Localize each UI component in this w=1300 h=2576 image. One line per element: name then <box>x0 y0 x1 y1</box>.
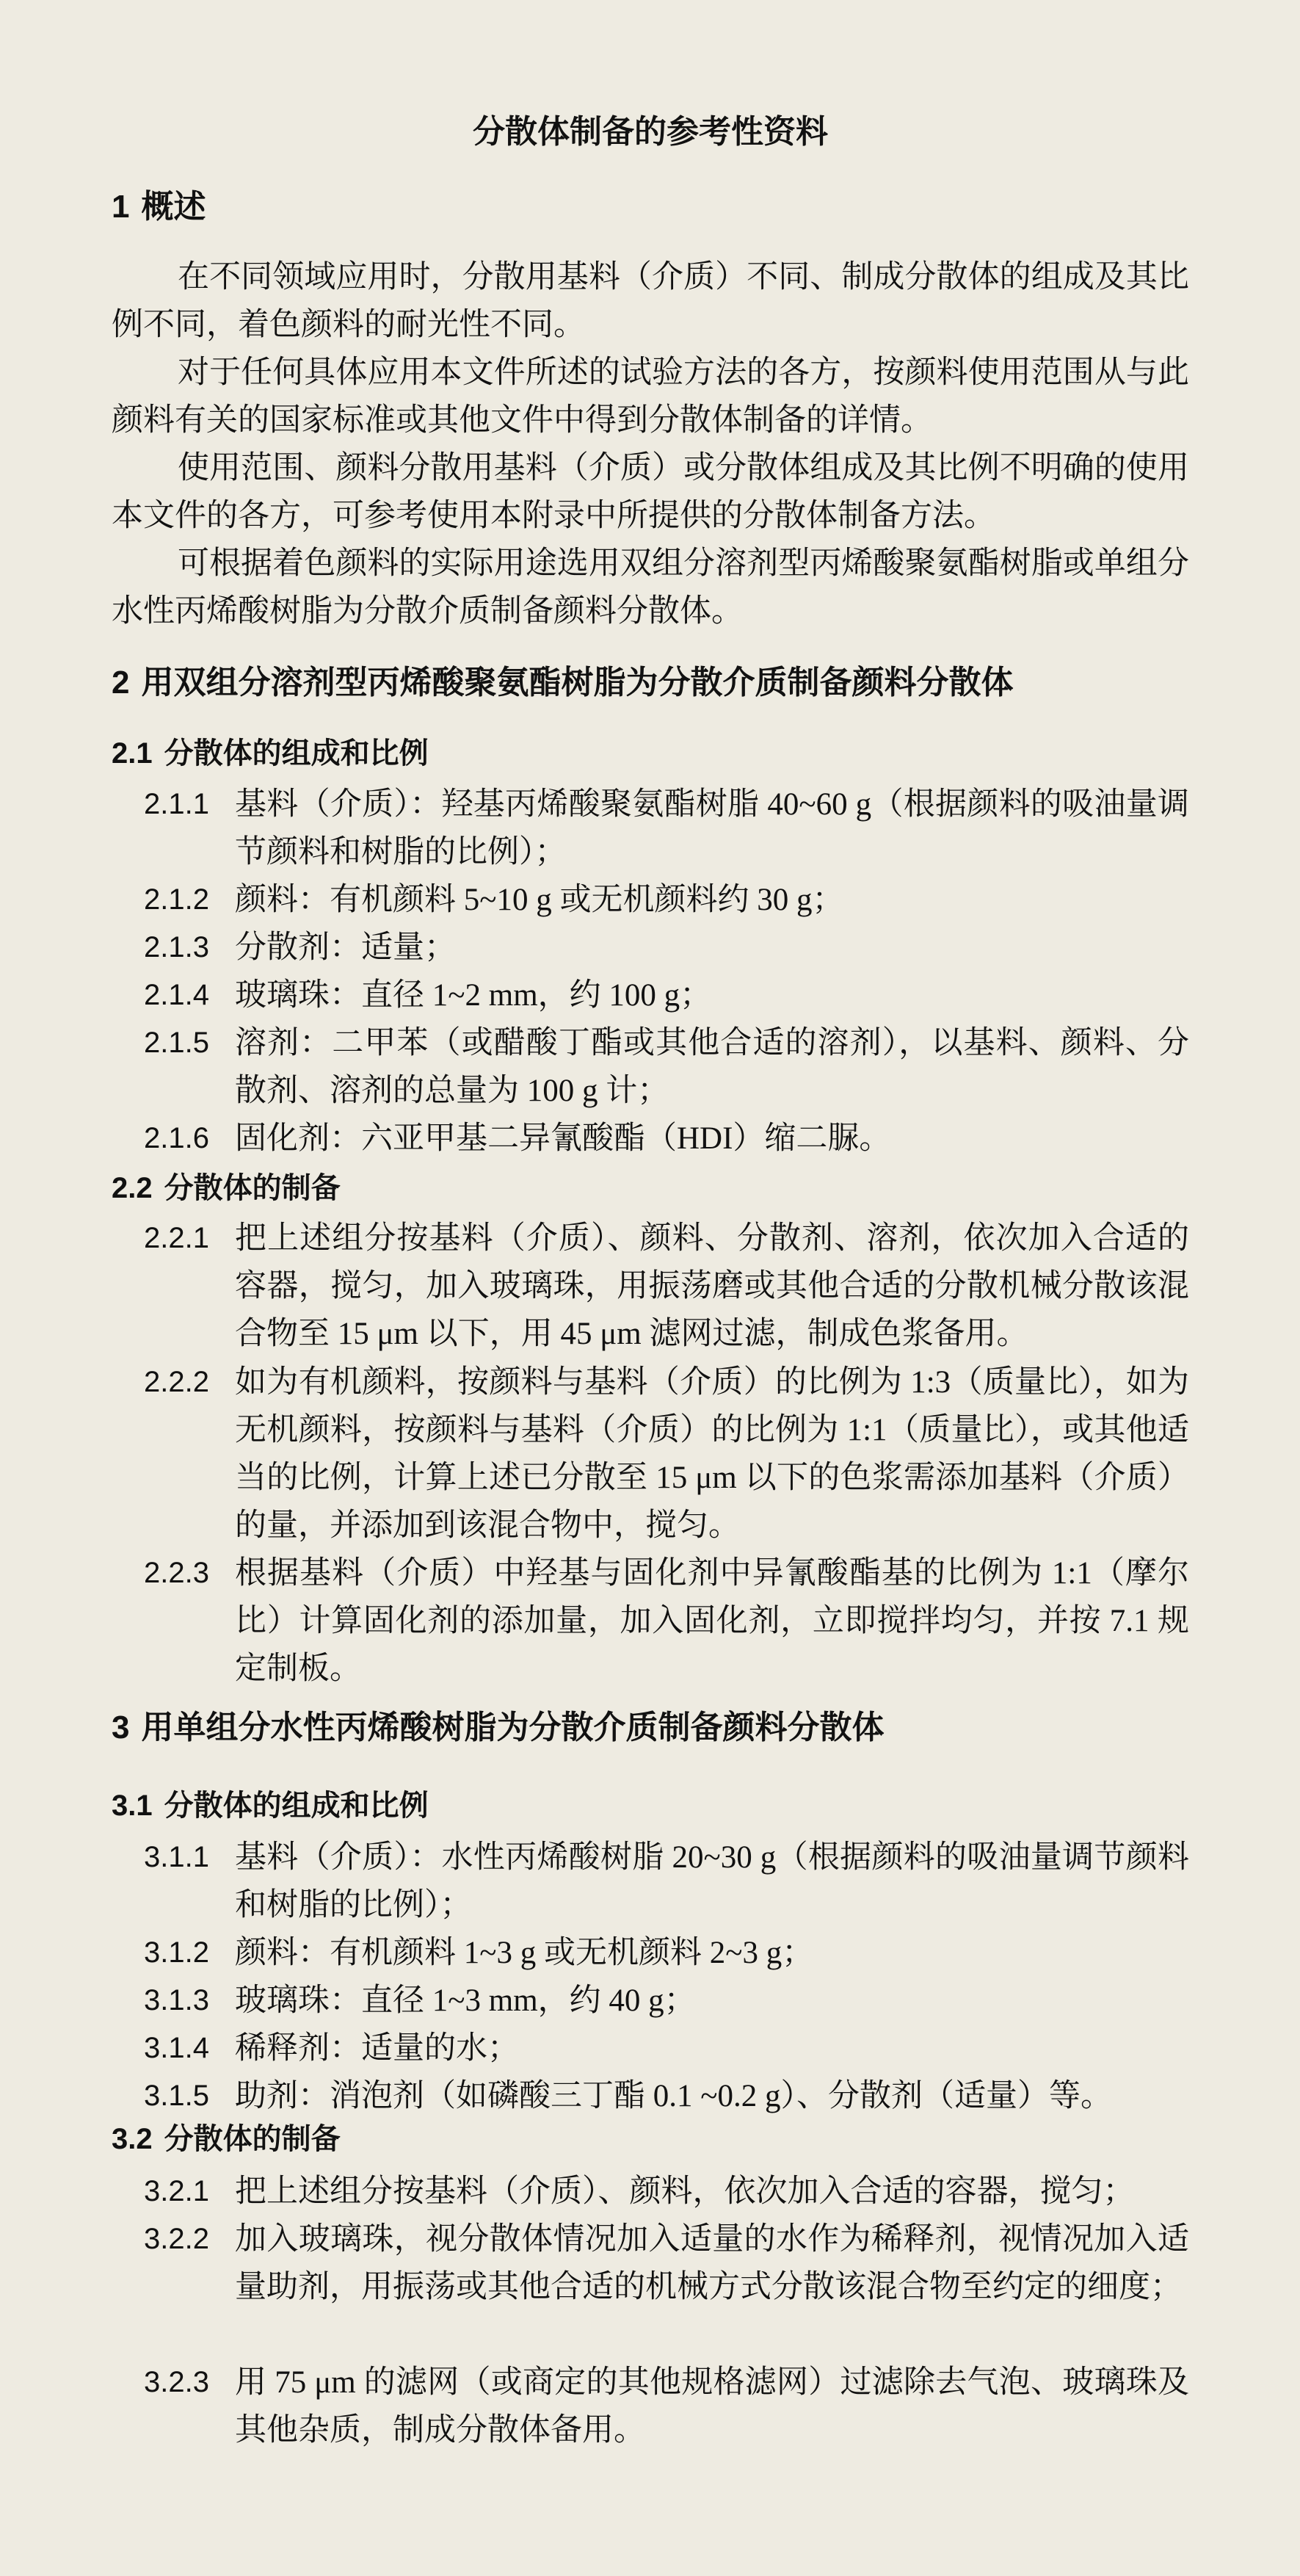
item-text: 分散剂：适量； <box>235 924 1189 972</box>
paragraph: 对于任何具体应用本文件所述的试验方法的各方，按颜料使用范围从与此颜料有关的国家标… <box>112 349 1189 444</box>
list-item: 2.1.5 溶剂：二甲苯（或醋酸丁酯或其他合适的溶剂），以基料、颜料、分散剂、溶… <box>144 1019 1189 1115</box>
subsection-number: 2.2 <box>112 1172 153 1204</box>
list-item: 3.2.2 加入玻璃珠，视分散体情况加入适量的水作为稀释剂，视情况加入适量助剂，… <box>144 2215 1189 2311</box>
subsection-title: 分散体的组成和比例 <box>164 737 429 770</box>
list-item: 2.1.3 分散剂：适量； <box>144 924 1189 972</box>
document-title: 分散体制备的参考性资料 <box>112 110 1189 154</box>
section-number: 1 <box>112 189 129 225</box>
item-number: 2.1.1 <box>144 781 209 828</box>
item-number: 3.2.1 <box>144 2168 209 2215</box>
item-text: 溶剂：二甲苯（或醋酸丁酯或其他合适的溶剂），以基料、颜料、分散剂、溶剂的总量为 … <box>235 1019 1189 1115</box>
section-title: 用单组分水性丙烯酸树脂为分散介质制备颜料分散体 <box>141 1710 884 1745</box>
item-number: 3.1.5 <box>144 2072 209 2120</box>
list-item: 3.1.3 玻璃珠：直径 1~3 mm，约 40 g； <box>144 1977 1189 2025</box>
item-text: 加入玻璃珠，视分散体情况加入适量的水作为稀释剂，视情况加入适量助剂，用振荡或其他… <box>235 2215 1189 2311</box>
item-number: 2.2.1 <box>144 1215 209 1262</box>
subsection-2-1-heading: 2.1分散体的组成和比例 <box>112 733 429 774</box>
section-2-heading: 2用双组分溶剂型丙烯酸聚氨酯树脂为分散介质制备颜料分散体 <box>112 661 1013 705</box>
item-number: 3.2.3 <box>144 2359 209 2406</box>
item-number: 3.1.1 <box>144 1834 209 1881</box>
section-3-heading: 3用单组分水性丙烯酸树脂为分散介质制备颜料分散体 <box>112 1706 884 1750</box>
subsection-title: 分散体的制备 <box>164 2123 341 2155</box>
item-text: 稀释剂：适量的水； <box>235 2025 1189 2072</box>
subsection-title: 分散体的组成和比例 <box>164 1790 429 1822</box>
item-number: 3.2.2 <box>144 2215 209 2263</box>
subsection-number: 3.2 <box>112 2123 153 2155</box>
item-text: 玻璃珠：直径 1~3 mm，约 40 g； <box>235 1977 1189 2025</box>
list-item: 2.1.2 颜料：有机颜料 5~10 g 或无机颜料约 30 g； <box>144 876 1189 924</box>
item-text: 基料（介质）：水性丙烯酸树脂 20~30 g（根据颜料的吸油量调节颜料和树脂的比… <box>235 1834 1189 1929</box>
subsection-title: 分散体的制备 <box>164 1172 341 1204</box>
item-text: 固化剂：六亚甲基二异氰酸酯（HDI）缩二脲。 <box>235 1115 1189 1162</box>
item-text: 用 75 μm 的滤网（或商定的其他规格滤网）过滤除去气泡、玻璃珠及其他杂质，制… <box>235 2359 1189 2454</box>
item-number: 2.1.2 <box>144 876 209 924</box>
item-number: 3.1.3 <box>144 1977 209 2025</box>
list-item: 3.1.4 稀释剂：适量的水； <box>144 2025 1189 2072</box>
item-number: 2.2.3 <box>144 1549 209 1597</box>
section-1-heading: 1概述 <box>112 185 206 229</box>
item-text: 基料（介质）：羟基丙烯酸聚氨酯树脂 40~60 g（根据颜料的吸油量调节颜料和树… <box>235 781 1189 876</box>
item-text: 颜料：有机颜料 1~3 g 或无机颜料 2~3 g； <box>235 1929 1189 1977</box>
item-number: 2.1.4 <box>144 972 209 1019</box>
subsection-number: 2.1 <box>112 737 153 770</box>
item-number: 2.1.5 <box>144 1019 209 1067</box>
item-text: 根据基料（介质）中羟基与固化剂中异氰酸酯基的比例为 1:1（摩尔比）计算固化剂的… <box>235 1549 1189 1693</box>
section-title: 用双组分溶剂型丙烯酸聚氨酯树脂为分散介质制备颜料分散体 <box>141 665 1013 701</box>
list-item: 2.1.1 基料（介质）：羟基丙烯酸聚氨酯树脂 40~60 g（根据颜料的吸油量… <box>144 781 1189 876</box>
item-text: 把上述组分按基料（介质）、颜料、分散剂、溶剂，依次加入合适的容器，搅匀，加入玻璃… <box>235 1215 1189 1358</box>
subsection-3-2-heading: 3.2分散体的制备 <box>112 2119 341 2160</box>
paragraph: 可根据着色颜料的实际用途选用双组分溶剂型丙烯酸聚氨酯树脂或单组分水性丙烯酸树脂为… <box>112 540 1189 635</box>
item-text: 颜料：有机颜料 5~10 g 或无机颜料约 30 g； <box>235 876 1189 924</box>
item-text: 把上述组分按基料（介质）、颜料，依次加入合适的容器，搅匀； <box>235 2168 1189 2215</box>
list-item: 3.1.5 助剂：消泡剂（如磷酸三丁酯 0.1 ~0.2 g）、分散剂（适量）等… <box>144 2072 1189 2120</box>
item-text: 助剂：消泡剂（如磷酸三丁酯 0.1 ~0.2 g）、分散剂（适量）等。 <box>235 2072 1189 2120</box>
list-item: 3.2.1 把上述组分按基料（介质）、颜料，依次加入合适的容器，搅匀； <box>144 2168 1189 2215</box>
subsection-2-2-heading: 2.2分散体的制备 <box>112 1168 341 1209</box>
item-text: 玻璃珠：直径 1~2 mm，约 100 g； <box>235 972 1189 1019</box>
list-item: 3.1.1 基料（介质）：水性丙烯酸树脂 20~30 g（根据颜料的吸油量调节颜… <box>144 1834 1189 1929</box>
list-item: 2.1.6 固化剂：六亚甲基二异氰酸酯（HDI）缩二脲。 <box>144 1115 1189 1162</box>
item-number: 3.1.2 <box>144 1929 209 1977</box>
list-item: 2.2.1 把上述组分按基料（介质）、颜料、分散剂、溶剂，依次加入合适的容器，搅… <box>144 1215 1189 1358</box>
list-item: 3.2.3 用 75 μm 的滤网（或商定的其他规格滤网）过滤除去气泡、玻璃珠及… <box>144 2359 1189 2454</box>
item-number: 2.2.2 <box>144 1358 209 1406</box>
subsection-3-1-heading: 3.1分散体的组成和比例 <box>112 1785 429 1826</box>
paragraph: 使用范围、颜料分散用基料（介质）或分散体组成及其比例不明确的使用本文件的各方，可… <box>112 444 1189 540</box>
section-title: 概述 <box>141 189 206 225</box>
item-text: 如为有机颜料，按颜料与基料（介质）的比例为 1:3（质量比），如为无机颜料，按颜… <box>235 1358 1189 1549</box>
section-number: 3 <box>112 1710 129 1745</box>
list-item: 2.2.3 根据基料（介质）中羟基与固化剂中异氰酸酯基的比例为 1:1（摩尔比）… <box>144 1549 1189 1693</box>
item-number: 2.1.6 <box>144 1115 209 1162</box>
item-number: 3.1.4 <box>144 2025 209 2072</box>
section-number: 2 <box>112 665 129 701</box>
list-item: 2.1.4 玻璃珠：直径 1~2 mm，约 100 g； <box>144 972 1189 1019</box>
paragraph: 在不同领域应用时，分散用基料（介质）不同、制成分散体的组成及其比例不同，着色颜料… <box>112 253 1189 349</box>
list-item: 3.1.2 颜料：有机颜料 1~3 g 或无机颜料 2~3 g； <box>144 1929 1189 1977</box>
subsection-number: 3.1 <box>112 1790 153 1822</box>
list-item: 2.2.2 如为有机颜料，按颜料与基料（介质）的比例为 1:3（质量比），如为无… <box>144 1358 1189 1549</box>
item-number: 2.1.3 <box>144 924 209 972</box>
